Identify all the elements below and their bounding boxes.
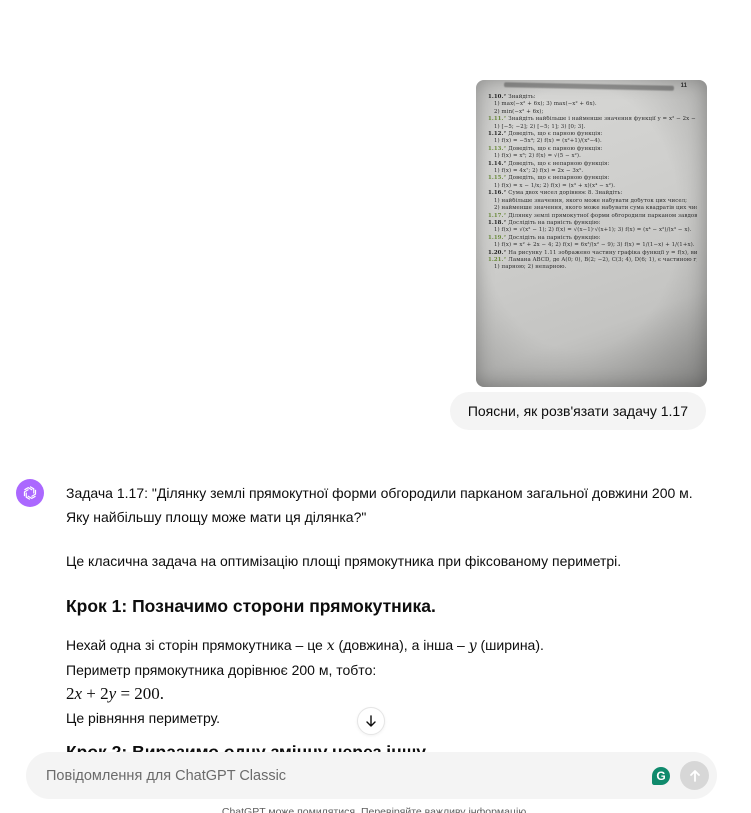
openai-logo-icon [21, 484, 39, 502]
photo-exercise-line: 1) f(x) = x² + 2x − 4; 2) f(x) = 6x³/(x²… [488, 242, 697, 249]
photo-exercise-line: 1.19.° Дослідіть на парність функцію: [488, 235, 697, 242]
assistant-avatar [16, 479, 44, 507]
photo-exercise-line: 1.10.° Знайдіть: [488, 94, 697, 101]
photo-exercise-line: 1) f(x) = x − 1/x; 2) f(x) = (x³ + x)(x⁴… [488, 183, 697, 190]
photo-exercise-line: 1.21.° Ламана ABCD, де A(0; 0), B(2; −2)… [488, 257, 697, 264]
assistant-message: Задача 1.17: "Ділянку землі прямокутної … [66, 481, 706, 730]
arrow-up-icon [688, 769, 702, 783]
photo-exercise-line: 1.15.° Доведіть, що є непарною функція: [488, 175, 697, 182]
user-attachment-photo[interactable]: 11 1.10.° Знайдіть:1) max(−x² + 6x); 3) … [476, 80, 707, 387]
photo-exercise-line: 1.14.° Доведіть, що є непарною функція: [488, 161, 697, 168]
math-var-y: y [469, 638, 477, 654]
task-statement: Задача 1.17: "Ділянку землі прямокутної … [66, 481, 706, 529]
photo-exercise-line: 2) найменше значення, якого може набуват… [488, 205, 697, 212]
step1-heading: Крок 1: Позначимо сторони прямокутника. [66, 595, 706, 617]
photo-exercise-line: 1) f(x) = −5x⁴; 2) f(x) = (x²+1)/(x²−4). [488, 138, 697, 145]
photo-exercise-line: 1) f(x) = 4x⁷; 2) f(x) = 2x − 3x⁵. [488, 168, 697, 175]
photo-exercise-line: 1.11.° Знайдіть найбільше і найменше зна… [488, 116, 697, 123]
photo-running-header [504, 82, 674, 91]
grammarly-icon[interactable]: G [652, 767, 670, 785]
photo-exercise-line: 2) min(−x² + 6x); [488, 109, 697, 116]
photo-exercise-line: 1) max(−x² + 6x); 3) max(−x² + 6x). [488, 101, 697, 108]
arrow-down-icon [364, 714, 378, 728]
photo-exercise-line: 1.17.° Ділянку землі прямокутної форми о… [488, 213, 697, 220]
scroll-to-bottom-button[interactable] [357, 707, 385, 735]
message-composer: G [26, 752, 717, 799]
user-message-bubble: Поясни, як розв'язати задачу 1.17 [450, 392, 706, 430]
photo-text-lines: 1.10.° Знайдіть:1) max(−x² + 6x); 3) max… [488, 94, 697, 377]
photo-exercise-line: 1) f(x) = x⁶; 2) f(x) = √(5 − x²). [488, 153, 697, 160]
send-button[interactable] [680, 761, 709, 790]
step1-line1-text-b: (довжина), а інша – [335, 637, 469, 653]
photo-exercise-line: 1) [−5; −2]; 2) [−5; 1]; 3) [0; 3]. [488, 124, 697, 131]
disclaimer-footer: ChatGPT може помилятися. Перевіряйте важ… [0, 806, 751, 813]
photo-exercise-line: 1) найбільше значення, якого може набува… [488, 198, 697, 205]
intro-paragraph: Це класична задача на оптимізацію площі … [66, 549, 706, 573]
step1-line1-text-c: (ширина). [477, 637, 544, 653]
photo-exercise-line: 1.13.° Доведіть, що є парною функція: [488, 146, 697, 153]
chat-page: 11 1.10.° Знайдіть:1) max(−x² + 6x); 3) … [0, 0, 751, 813]
perimeter-equation: 2x + 2y = 200. [66, 682, 706, 706]
photo-exercise-line: 1) парною; 2) непарною. [488, 264, 697, 271]
message-input[interactable] [26, 752, 652, 799]
step1-line1: Нехай одна зі сторін прямокутника – це x… [66, 633, 706, 658]
step1-line3: Це рівняння периметру. [66, 706, 706, 730]
step1-line1-text-a: Нехай одна зі сторін прямокутника – це [66, 637, 327, 653]
photo-page-number: 11 [681, 83, 687, 89]
math-var-x: x [327, 638, 335, 654]
photo-exercise-line: 1.18.° Дослідіть на парність функцію: [488, 220, 697, 227]
photo-exercise-line: 1.20.° На рисунку 1.11 зображено частину… [488, 250, 697, 257]
photo-exercise-line: 1.12.° Доведіть, що є парною функція: [488, 131, 697, 138]
photo-exercise-line: 1.16.° Сума двох чисел дорівнює 8. Знайд… [488, 190, 697, 197]
step1-line2: Периметр прямокутника дорівнює 200 м, то… [66, 658, 706, 682]
photo-exercise-line: 1) f(x) = √(x² − 1); 2) f(x) = √(x−1)·√(… [488, 227, 697, 234]
